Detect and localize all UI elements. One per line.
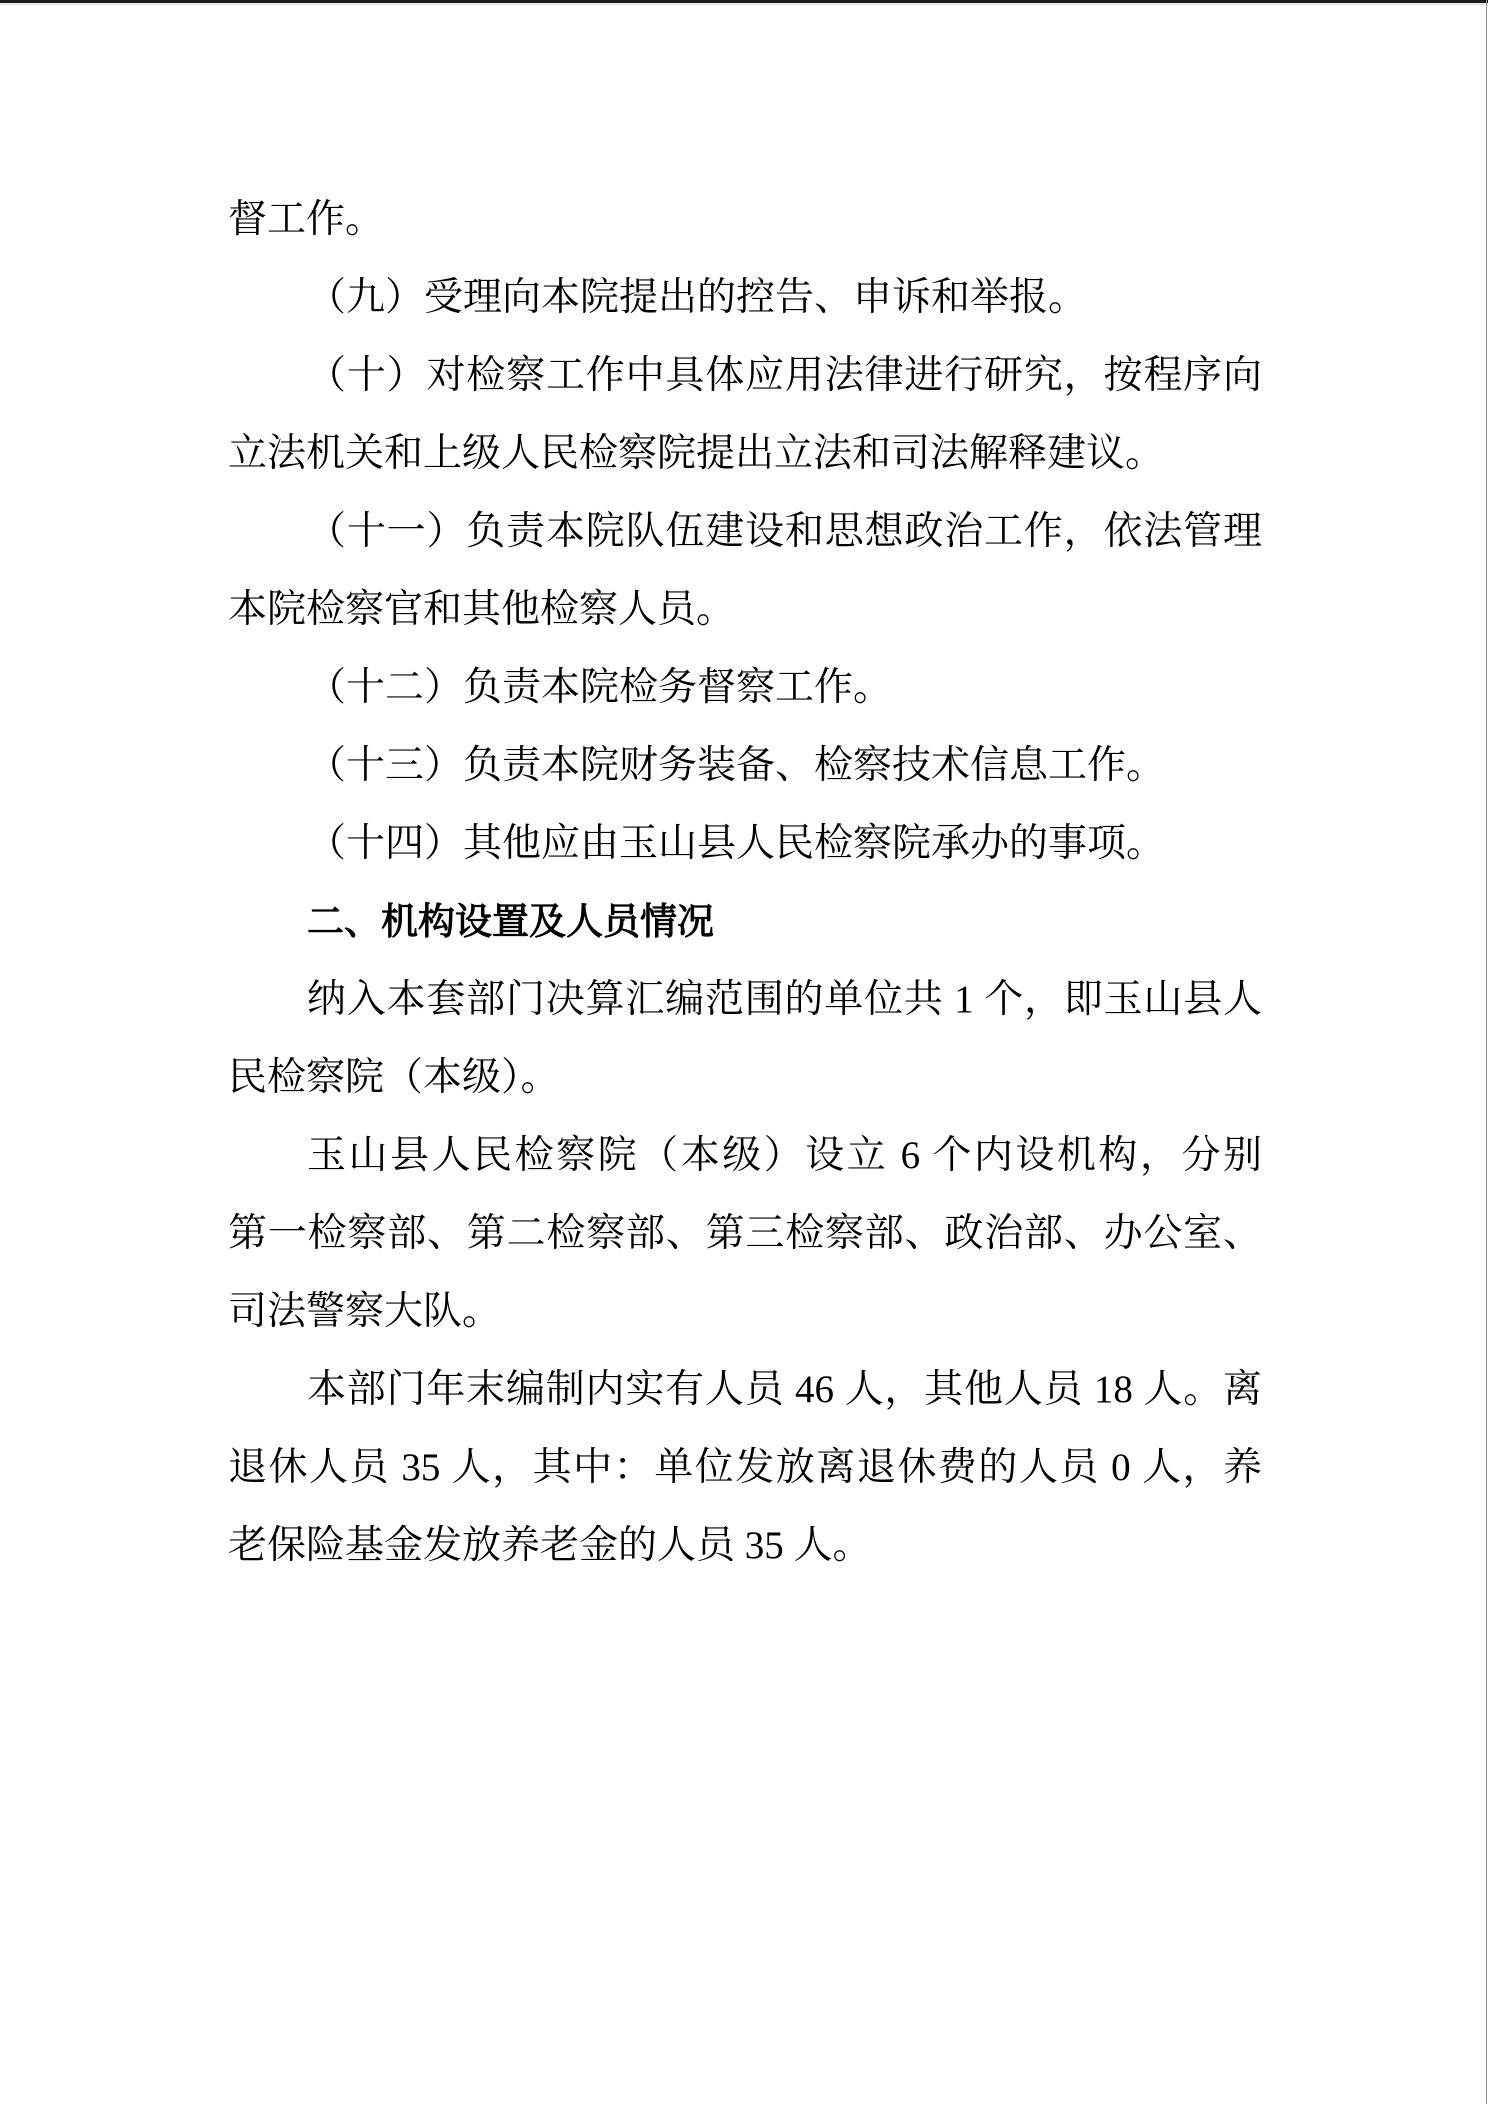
text-line: （十一）负责本院队伍建设和思想政治工作，依法管理 xyxy=(228,493,1262,571)
duty-item-12: （十二）负责本院检务督察工作。 xyxy=(228,649,1262,727)
duty-item-14: （十四）其他应由玉山县人民检察院承办的事项。 xyxy=(228,805,1262,883)
page-right-border xyxy=(1486,0,1487,2104)
personnel-paragraph: 本部门年末编制内实有人员 46 人，其他人员 18 人。离 退休人员 35 人，… xyxy=(228,1351,1262,1585)
text-line: 第一检察部、第二检察部、第三检察部、政治部、办公室、 xyxy=(228,1195,1262,1273)
page-top-border-shadow xyxy=(0,3,1488,5)
text-line: 司法警察大队。 xyxy=(228,1273,1262,1351)
duty-item-11: （十一）负责本院队伍建设和思想政治工作，依法管理 本院检察官和其他检察人员。 xyxy=(228,493,1262,649)
text-line: 退休人员 35 人，其中：单位发放离退休费的人员 0 人，养 xyxy=(228,1429,1262,1507)
duty-item-9: （九）受理向本院提出的控告、申诉和举报。 xyxy=(228,259,1262,337)
text-line: （十）对检察工作中具体应用法律进行研究，按程序向 xyxy=(228,337,1262,415)
text-line: 老保险基金发放养老金的人员 35 人。 xyxy=(228,1507,1262,1585)
text-line: （九）受理向本院提出的控告、申诉和举报。 xyxy=(228,259,1262,337)
text-line: （十二）负责本院检务督察工作。 xyxy=(228,649,1262,727)
text-line: 民检察院（本级）。 xyxy=(228,1039,1262,1117)
text-line: 玉山县人民检察院（本级）设立 6 个内设机构，分别是： xyxy=(228,1117,1262,1195)
text-line: （十三）负责本院财务装备、检察技术信息工作。 xyxy=(228,727,1262,805)
duty-item-13: （十三）负责本院财务装备、检察技术信息工作。 xyxy=(228,727,1262,805)
section-heading: 二、机构设置及人员情况 xyxy=(228,883,1262,961)
departments-paragraph: 玉山县人民检察院（本级）设立 6 个内设机构，分别是： 第一检察部、第二检察部、… xyxy=(228,1117,1262,1351)
scope-paragraph: 纳入本套部门决算汇编范围的单位共 1 个，即玉山县人 民检察院（本级）。 xyxy=(228,961,1262,1117)
text-line: 纳入本套部门决算汇编范围的单位共 1 个，即玉山县人 xyxy=(228,961,1262,1039)
text-line: （十四）其他应由玉山县人民检察院承办的事项。 xyxy=(228,805,1262,883)
text-line: 立法机关和上级人民检察院提出立法和司法解释建议。 xyxy=(228,415,1262,493)
text-line: 督工作。 xyxy=(228,181,1262,259)
duty-item-10: （十）对检察工作中具体应用法律进行研究，按程序向 立法机关和上级人民检察院提出立… xyxy=(228,337,1262,493)
continuation-paragraph: 督工作。 xyxy=(228,181,1262,259)
document-page: 督工作。 （九）受理向本院提出的控告、申诉和举报。 （十）对检察工作中具体应用法… xyxy=(228,181,1262,1585)
text-line: 本部门年末编制内实有人员 46 人，其他人员 18 人。离 xyxy=(228,1351,1262,1429)
text-line: 本院检察官和其他检察人员。 xyxy=(228,571,1262,649)
